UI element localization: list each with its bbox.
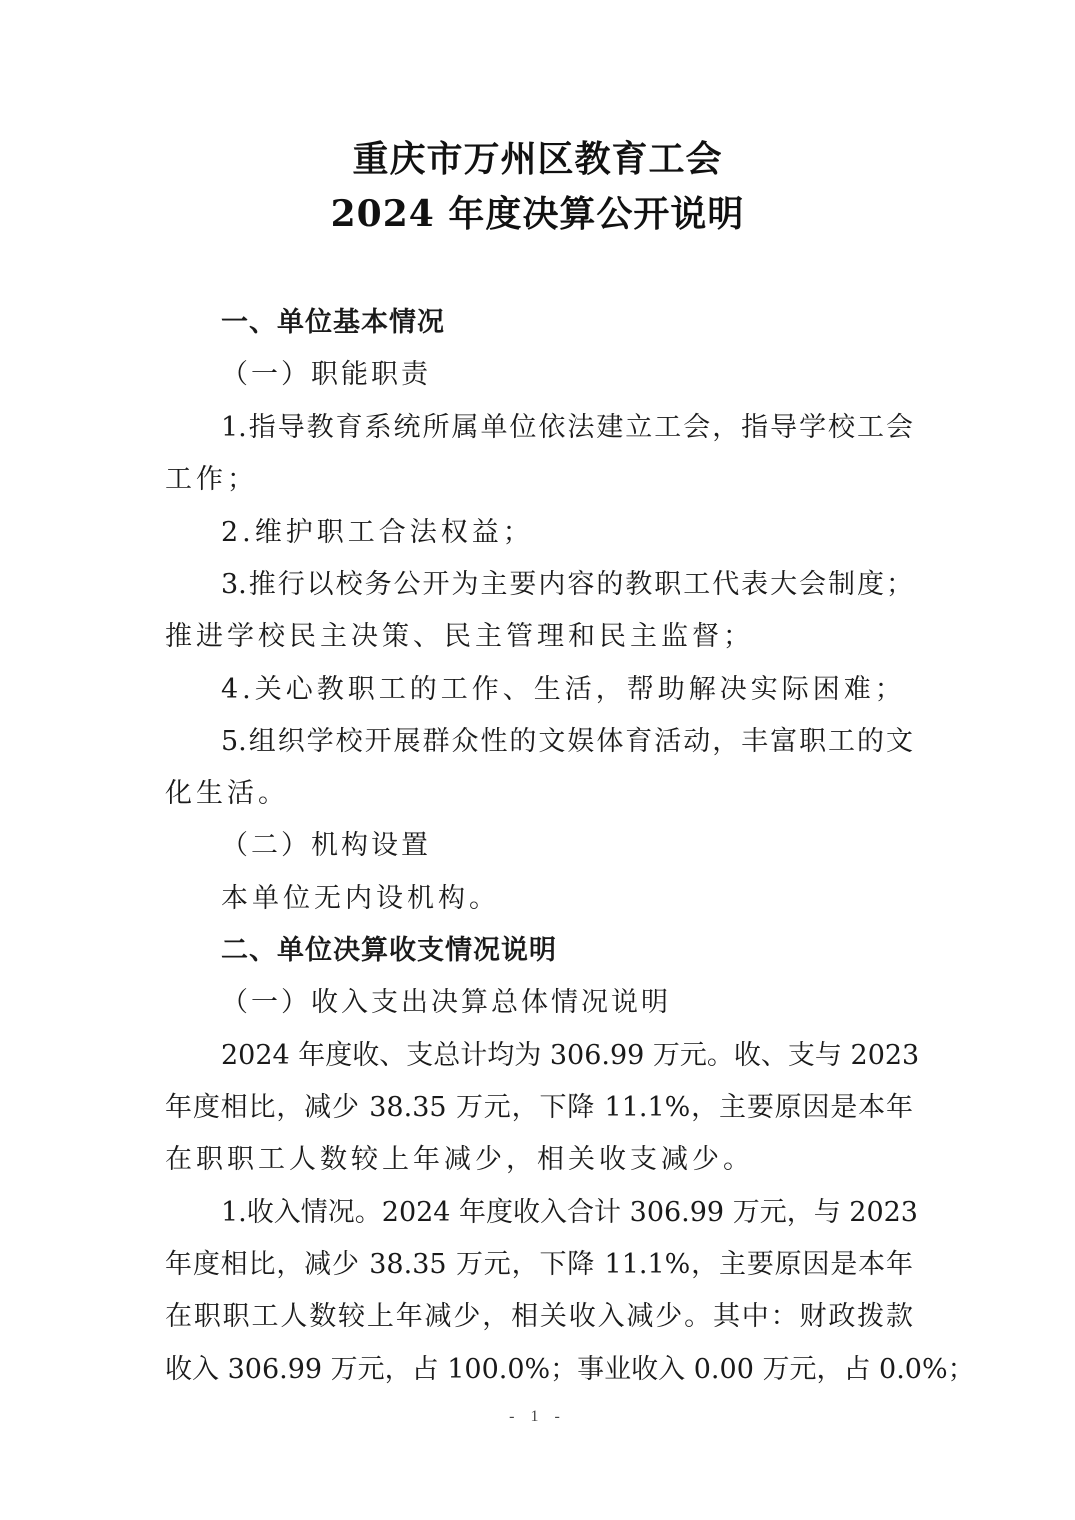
subsection-heading-overall: （一）收入支出决算总体情况说明 xyxy=(221,985,971,1021)
paragraph-line: 2.维护职工合法权益； xyxy=(221,515,971,551)
paragraph-line: 在职职工人数较上年减少，相关收入减少。其中：财政拨款 xyxy=(165,1299,913,1335)
section-heading-basic-info: 一、单位基本情况 xyxy=(221,305,971,341)
subsection-heading-organization: （二）机构设置 xyxy=(221,828,971,864)
paragraph-line: 5.组织学校开展群众性的文娱体育活动，丰富职工的文 xyxy=(221,724,913,760)
paragraph-line: 在职职工人数较上年减少，相关收支减少。 xyxy=(165,1142,915,1178)
document-title-line-2: 2024 年度决算公开说明 xyxy=(0,192,1075,236)
page-number: - 1 - xyxy=(0,1408,1075,1426)
paragraph-line: 2024 年度收、支总计均为 306.99 万元。收、支与 2023 xyxy=(221,1038,913,1074)
paragraph-line: 推进学校民主决策、民主管理和民主监督； xyxy=(165,619,915,655)
paragraph-line: 本单位无内设机构。 xyxy=(221,881,971,917)
paragraph-line: 工作； xyxy=(165,462,915,498)
paragraph-line: 年度相比，减少 38.35 万元，下降 11.1%，主要原因是本年 xyxy=(165,1090,913,1126)
document-page: 重庆市万州区教育工会 2024 年度决算公开说明 一、单位基本情况 （一）职能职… xyxy=(0,0,1075,1520)
paragraph-line: 年度相比，减少 38.35 万元，下降 11.1%，主要原因是本年 xyxy=(165,1247,913,1283)
paragraph-line: 3.推行以校务公开为主要内容的教职工代表大会制度； xyxy=(221,567,913,603)
document-title-line-1: 重庆市万州区教育工会 xyxy=(0,137,1075,181)
paragraph-line: 收入 306.99 万元，占 100.0%；事业收入 0.00 万元，占 0.0… xyxy=(165,1352,913,1388)
paragraph-line: 4.关心教职工的工作、生活，帮助解决实际困难； xyxy=(221,672,971,708)
paragraph-line: 1.指导教育系统所属单位依法建立工会，指导学校工会 xyxy=(221,410,913,446)
paragraph-line: 1.收入情况。2024 年度收入合计 306.99 万元，与 2023 xyxy=(221,1195,913,1231)
section-heading-budget: 二、单位决算收支情况说明 xyxy=(221,933,971,969)
subsection-heading-functions: （一）职能职责 xyxy=(221,357,971,393)
paragraph-line: 化生活。 xyxy=(165,776,915,812)
